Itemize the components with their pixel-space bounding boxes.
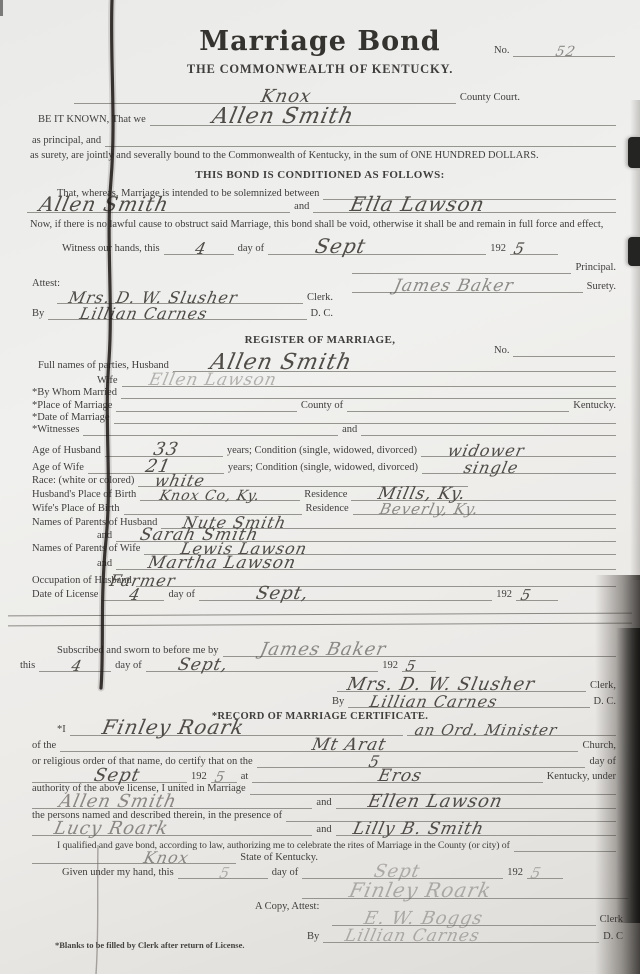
lawful-clause: Now, if there is no lawful cause to obst… <box>30 218 618 231</box>
sworn-deputy-handwriting: Lillian Carnes <box>368 692 499 711</box>
license-date-row: Date of License 4 day of Sept, 192 5 <box>30 587 560 601</box>
sworn-dayof-label: day of <box>113 659 144 672</box>
witness-month-handwriting: Sept <box>313 234 368 258</box>
section-divider-2 <box>8 623 632 627</box>
surety-signature-handwriting: James Baker <box>392 276 516 296</box>
husband-birth-row: Husband's Place of Birth Knox Co, Ky. Re… <box>30 487 618 501</box>
scan-shadow-bottom-right <box>616 628 640 923</box>
given-day-line: 5 <box>178 865 268 879</box>
sworn-year-prefix: 192 <box>380 659 400 672</box>
church-row: of the Mt Arat Church, <box>30 738 618 752</box>
condition-wife-line: single <box>422 460 616 474</box>
occupation-line: Farmer <box>136 573 616 587</box>
county-court-row: Knox County Court. <box>72 90 522 104</box>
condition-husband-label: years; Condition (single, widowed, divor… <box>225 444 419 457</box>
be-it-known-row: BE IT KNOWN, That we Allen Smith <box>36 112 618 126</box>
age-wife-row: Age of Wife 21 years; Condition (single,… <box>30 460 618 474</box>
license-year-handwriting: 5 <box>519 586 533 604</box>
by-whom-line <box>121 385 616 399</box>
sworn-year-handwriting: 5 <box>404 657 418 675</box>
given-row: Given under my hand, this 5 day of Sept … <box>60 865 565 879</box>
residence-husband-label: Residence <box>302 488 349 501</box>
by-whom-row: *By Whom Married <box>30 385 618 399</box>
witness-date-row: Witness our hands, this 4 day of Sept 19… <box>60 241 560 255</box>
given-dayof-label: day of <box>270 866 301 879</box>
condition-husband-line: widower <box>421 443 616 457</box>
condition-wife-handwriting: single <box>462 458 521 477</box>
age-husband-label: Age of Husband <box>30 444 103 457</box>
witness-day-handwriting: 4 <box>193 239 208 258</box>
of-the-label: of the <box>30 739 58 752</box>
marriage-bond-document: Marriage Bond No. 52 THE COMMONWEALTH OF… <box>0 0 640 974</box>
principal-name-handwriting: Allen Smith <box>210 104 356 129</box>
sworn-deputy-row: By Lillian Carnes D. C. <box>330 694 618 708</box>
license-day-handwriting: 4 <box>128 585 143 604</box>
minister-name-handwriting: Finley Roark <box>100 715 247 739</box>
surety-signature-row: James Baker Surety. <box>350 279 618 293</box>
register-husband-row: Full names of parties, Husband Allen Smi… <box>36 358 618 372</box>
given-year-prefix: 192 <box>505 866 525 879</box>
clerk-signature-row: Mrs. D. W. Slusher Clerk. <box>55 290 335 304</box>
register-number-label: No. <box>492 344 511 357</box>
witness-year-prefix: 192 <box>488 242 508 255</box>
mother-wife-handwriting: Martha Lawson <box>146 553 298 573</box>
sworn-date-row: this 4 day of Sept, 192 5 <box>18 658 438 672</box>
residence-husband-line: Mills, Ky. <box>351 487 616 501</box>
deputy-signature-row: By Lillian Carnes D. C. <box>30 306 335 320</box>
principal-blank-line <box>105 133 616 147</box>
attest-label: Attest: <box>30 277 62 290</box>
commonwealth-heading: THE COMMONWEALTH OF KENTUCKY. <box>0 62 640 77</box>
conditioned-heading: THIS BOND IS CONDITIONED AS FOLLOWS: <box>0 169 640 181</box>
wife-birth-label: Wife's Place of Birth <box>30 502 122 515</box>
cert-clerk-line: E. W. Boggs <box>332 912 596 926</box>
witnesses-line-1 <box>83 422 338 436</box>
scan-shadow-upper-right <box>630 100 640 580</box>
cert-and-label-2: and <box>314 823 333 836</box>
cert-witness2-line: Lilly B. Smith <box>336 822 616 836</box>
bond-number-label: No. <box>492 44 511 57</box>
surety-clause: as surety, are jointly and severally bou… <box>30 149 618 162</box>
given-month-line: Sept <box>302 865 503 879</box>
husband-birth-label: Husband's Place of Birth <box>30 488 138 501</box>
parents-wife-row: Names of Parents of Wife Lewis Lawson <box>30 541 618 555</box>
county-court-label: County Court. <box>458 91 522 104</box>
witnesses-line-2 <box>361 422 616 436</box>
parents-husband-row: Names of Parents of Husband Nute Smith <box>30 515 618 529</box>
cert-county-line: Knox <box>32 850 236 864</box>
film-edge-mark-1 <box>628 137 640 168</box>
sworn-this-label: this <box>18 659 37 672</box>
age-husband-row: Age of Husband 33 years; Condition (sing… <box>30 443 618 457</box>
parents-wife-label: Names of Parents of Wife <box>30 542 142 555</box>
groom-name-handwriting: Allen Smith <box>37 192 171 216</box>
witnesses-and-label: and <box>340 423 359 436</box>
principal-label: Principal. <box>573 261 618 274</box>
register-number-row: No. <box>492 343 617 357</box>
license-month-line: Sept, <box>199 587 492 601</box>
given-year-handwriting: 5 <box>529 864 543 882</box>
surety-signature-line: James Baker <box>352 279 583 293</box>
minister-title-handwriting: an Ord. Minister <box>413 721 559 739</box>
united-couple-row: Allen Smith and Ellen Lawson <box>30 795 618 809</box>
license-label: Date of License <box>30 588 100 601</box>
deputy-signature-handwriting: Lillian Carnes <box>78 304 209 323</box>
residence-wife-line: Beverly, Ky. <box>353 501 616 515</box>
as-principal-row: as principal, and <box>30 133 618 147</box>
given-label: Given under my hand, this <box>60 866 176 879</box>
minister-signature-handwriting: Finley Roark <box>347 878 494 902</box>
footnote: *Blanks to be filled by Clerk after retu… <box>55 940 245 950</box>
minister-title-line: an Ord. Minister <box>407 722 616 736</box>
sworn-name-line: James Baker <box>223 643 616 657</box>
sworn-month-handwriting: Sept, <box>176 655 230 675</box>
mother-wife-row: and Martha Lawson <box>95 556 618 570</box>
bride-name-line: Ella Lawson <box>313 199 616 213</box>
cert-witnesses-row: Lucy Roark and Lilly B. Smith <box>30 822 618 836</box>
sworn-day-handwriting: 4 <box>70 657 84 675</box>
register-number-line <box>513 343 615 357</box>
sworn-month-line: Sept, <box>146 658 379 672</box>
cert-county-row: Knox State of Kentucky. <box>30 850 320 864</box>
principal-signature-line <box>352 260 571 274</box>
witness-day-line: 4 <box>164 241 234 255</box>
occupation-row: Occupation of Husband Farmer <box>30 573 618 587</box>
bride-name-handwriting: Ella Lawson <box>348 192 487 216</box>
bond-number-line: 52 <box>513 43 615 57</box>
license-dayof-label: day of <box>166 588 197 601</box>
cert-bride-line: Ellen Lawson <box>336 795 616 809</box>
sworn-year-line: 5 <box>402 658 436 672</box>
cert-witness1-handwriting: Lucy Roark <box>52 818 171 839</box>
subscribed-row: Subscribed and sworn to before me by Jam… <box>55 643 618 657</box>
witness-year-handwriting: 5 <box>512 239 527 258</box>
sworn-name-handwriting: James Baker <box>258 639 388 660</box>
age-husband-line: 33 <box>105 443 223 457</box>
order-clause-label: or religious order of that name, do cert… <box>30 755 255 768</box>
principal-name-line: Allen Smith <box>150 112 616 126</box>
be-it-known-label: BE IT KNOWN, That we <box>36 113 148 126</box>
cert-deputy-row: By Lillian Carnes D. C <box>305 929 625 943</box>
cert-deputy-line: Lillian Carnes <box>323 929 599 943</box>
witness-year-line: 5 <box>510 241 558 255</box>
minister-name-line: Finley Roark <box>70 722 404 736</box>
license-month-handwriting: Sept, <box>254 583 311 604</box>
deputy-signature-line: Lillian Carnes <box>48 306 306 320</box>
by-label-1: By <box>30 307 46 320</box>
witness-month-line: Sept <box>268 241 486 255</box>
cert-by-label: By <box>305 930 321 943</box>
and-label-3: and <box>95 557 114 570</box>
copy-attest-label: A Copy, Attest: <box>253 900 321 913</box>
dc-label-1: D. C. <box>309 307 335 320</box>
surety-label: Surety. <box>585 280 618 293</box>
husband-birth-line: Knox Co, Ky. <box>140 487 300 501</box>
bond-number-row: No. 52 <box>492 43 617 57</box>
race-label: Race: (white or colored) <box>30 474 136 487</box>
witness-pre-label: Witness our hands, this <box>60 242 162 255</box>
film-edge-mark-2 <box>628 237 640 266</box>
section-divider-1 <box>8 613 632 617</box>
as-principal-label: as principal, and <box>30 134 103 147</box>
sworn-clerk-line: Mrs. D. W. Slusher <box>337 678 586 692</box>
couple-names-row: Allen Smith and Ella Lawson <box>25 199 618 213</box>
clerk-signature-line: Mrs. D. W. Slusher <box>57 290 303 304</box>
minister-row: *I Finley Roark an Ord. Minister <box>55 722 618 736</box>
and-label-1: and <box>292 200 311 213</box>
cert-clerk-row: E. W. Boggs Clerk <box>330 912 625 926</box>
mother-wife-line: Martha Lawson <box>116 556 616 570</box>
mother-husband-row: and Sarah Smith <box>95 528 618 542</box>
cert-deputy-handwriting: Lillian Carnes <box>343 926 482 946</box>
principal-signature-row: Principal. <box>350 260 618 274</box>
scan-edge-sliver <box>0 0 3 16</box>
minister-signature-line: Finley Roark <box>302 885 628 899</box>
minister-signature-row: Finley Roark <box>300 885 630 899</box>
wife-birth-row: Wife's Place of Birth Residence Beverly,… <box>30 501 618 515</box>
license-year-prefix: 192 <box>494 588 514 601</box>
witnesses-label: *Witnesses <box>30 423 81 436</box>
cert-groom-line: Allen Smith <box>32 795 312 809</box>
sworn-clerk-row: Mrs. D. W. Slusher Clerk, <box>335 678 618 692</box>
sworn-day-line: 4 <box>39 658 111 672</box>
clerk-label: Clerk. <box>305 291 335 304</box>
license-day-line: 4 <box>102 587 164 601</box>
state-label: State of Kentucky. <box>238 851 320 864</box>
bond-number-handwriting: 52 <box>554 44 577 60</box>
cert-witness1-line: Lucy Roark <box>32 822 312 836</box>
witnesses-row: *Witnesses and <box>30 422 618 436</box>
sworn-deputy-line: Lillian Carnes <box>348 694 589 708</box>
given-year-line: 5 <box>527 865 563 879</box>
sworn-by-label: By <box>330 695 346 708</box>
church-line: Mt Arat <box>60 738 578 752</box>
cert-i-label: *I <box>55 723 68 736</box>
license-year-line: 5 <box>516 587 558 601</box>
groom-name-line: Allen Smith <box>27 199 290 213</box>
witness-dayof-label: day of <box>236 242 267 255</box>
cert-witness2-handwriting: Lilly B. Smith <box>351 819 486 839</box>
residence-wife-label: Residence <box>304 502 351 515</box>
county-line: Knox <box>74 90 456 104</box>
given-day-handwriting: 5 <box>217 864 231 882</box>
